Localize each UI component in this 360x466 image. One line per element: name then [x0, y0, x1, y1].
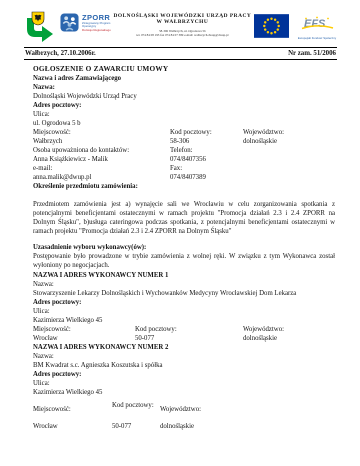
zporr-emblem-icon	[60, 13, 79, 32]
contractor2-province-label: Województwo:	[160, 405, 201, 414]
contractor1-zip-value: 50-077	[135, 334, 243, 343]
buyer-province-label: Województwo:	[243, 128, 284, 137]
contractor1-province-label: Województwo:	[243, 325, 284, 334]
contractor2-city-value: Wrocław	[33, 422, 112, 431]
contractor1-city-labels-row: Miejscowość: Kod pocztowy: Województwo:	[33, 325, 334, 334]
contractor1-zip-label: Kod pocztowy:	[135, 325, 243, 334]
buyer-street-value: ul. Ogrodowa 5 b	[33, 119, 334, 128]
dolny-slask-logo	[24, 11, 54, 43]
document-title: OGŁOSZENIE O ZAWARCIU UMOWY	[33, 64, 334, 73]
contractor1-city-values-row: Wrocław 50-077 dolnośląskie	[33, 334, 334, 343]
buyer-name-value: Dolnośląski Wojewódzki Urząd Pracy	[33, 92, 334, 101]
contractor2-city-label: Miejscowość:	[33, 405, 112, 414]
buyer-name-label: Nazwa:	[33, 83, 334, 92]
order-number: Nr zam. 51/2006	[288, 50, 336, 57]
contractor2-zip-value: 50-077	[112, 422, 160, 431]
buyer-zip-label: Kod pocztowy:	[170, 128, 243, 137]
contractor1-city-label: Miejscowość:	[33, 325, 135, 334]
contractor1-city-value: Wrocław	[33, 334, 135, 343]
svg-text:EFS: EFS	[304, 18, 326, 30]
buyer-city-labels-row: Miejscowość: Kod pocztowy: Województwo:	[33, 128, 334, 137]
contractor1-street-value: Kazimierza Wielkiego 45	[33, 316, 334, 325]
buyer-email-values-row: anna.malik@dwup.pl 074/8407389	[33, 173, 334, 182]
org-address-line2: tel. 074 84 08 193 fax 074 84 07 389 e-m…	[111, 33, 254, 37]
contractor1-name-value: Stowarzyszenie Lekarzy Dolnośląskich i W…	[33, 289, 334, 298]
contractor2-city-labels-row: Miejscowość: Kod pocztowy: Województwo:	[33, 403, 334, 412]
buyer-email-value: anna.malik@dwup.pl	[33, 173, 170, 182]
eu-flag-icon	[254, 14, 289, 38]
buyer-email-labels-row: e-mail: Fax:	[33, 164, 334, 173]
contractor2-street-label: Ulica:	[33, 379, 334, 388]
buyer-fax-value: 074/8407389	[170, 173, 206, 182]
contractor1-province-value: dolnośląskie	[243, 334, 277, 343]
contractor1-street-label: Ulica:	[33, 307, 334, 316]
buyer-section-heading: Nazwa i adres Zamawiającego	[33, 74, 334, 83]
buyer-city-label: Miejscowość:	[33, 128, 170, 137]
contractor2-postal-heading: Adres pocztowy:	[33, 370, 334, 379]
contractor2-city-values-row: Wrocław 50-077 dolnośląskie	[33, 422, 334, 431]
contractor2-name-label: Nazwa:	[33, 352, 334, 361]
buyer-contact-labels-row: Osoba upoważniona do kontaktów: Telefon:	[33, 146, 334, 155]
document-body: OGŁOSZENIE O ZAWARCIU UMOWY Nazwa i adre…	[0, 60, 360, 431]
buyer-contact-value: Anna Książkiewicz - Malik	[33, 155, 170, 164]
justification-text: Postępowanie było prowadzone w trybie za…	[33, 252, 335, 270]
buyer-email-label: e-mail:	[33, 164, 170, 173]
buyer-city-values-row: Wałbrzych 58-306 dolnośląskie	[33, 137, 334, 146]
letterhead-org-block: DOLNOŚLĄSKI WOJEWÓDZKI URZĄD PRACY W WAŁ…	[111, 11, 254, 37]
letterhead: ZPORR Zintegrowany Program Operacyjny Ro…	[0, 0, 360, 46]
buyer-city-value: Wałbrzych	[33, 137, 170, 146]
contractor2-province-value: dolnośląskie	[160, 422, 194, 431]
org-address: 58-306 Wałbrzych, ul. Ogrodowa 5b tel. 0…	[111, 29, 254, 37]
contractor2-zip-label: Kod pocztowy:	[112, 401, 160, 410]
buyer-contact-values-row: Anna Książkiewicz - Malik 074/8407356	[33, 155, 334, 164]
buyer-street-label: Ulica:	[33, 110, 334, 119]
contractor2-heading: NAZWA I ADRES WYKONAWCY NUMER 2	[33, 343, 334, 352]
buyer-contact-label: Osoba upoważniona do kontaktów:	[33, 146, 170, 155]
zporr-subtitle-line3: Rozwoju Regionalnego	[82, 29, 111, 32]
efs-wordmark-icon: EFS	[297, 16, 337, 30]
contractor2-name-value: BM Kwadrat s.c. Agnieszka Koszutska i sp…	[33, 361, 334, 370]
buyer-postal-heading: Adres pocztowy:	[33, 101, 334, 110]
dateline-bar: Wałbrzych, 27.10.2006r. Nr zam. 51/2006	[24, 47, 337, 60]
org-name-line2: W WAŁBRZYCHU	[111, 19, 254, 25]
buyer-phone-label: Telefon:	[170, 146, 193, 155]
place-and-date: Wałbrzych, 27.10.2006r.	[25, 50, 96, 57]
contractor1-heading: NAZWA I ADRES WYKONAWCY NUMER 1	[33, 271, 334, 280]
zporr-logo: ZPORR Zintegrowany Program Operacyjny Ro…	[60, 11, 111, 32]
buyer-fax-label: Fax:	[170, 164, 182, 173]
buyer-phone-value: 074/8407356	[170, 155, 206, 164]
buyer-zip-value: 58-306	[170, 137, 243, 146]
subject-text: Przedmiotem zamówienia jest a) wynajęcie…	[33, 200, 335, 236]
document-page: ZPORR Zintegrowany Program Operacyjny Ro…	[0, 0, 360, 466]
contractor1-postal-heading: Adres pocztowy:	[33, 298, 334, 307]
buyer-province-value: dolnośląskie	[243, 137, 277, 146]
contractor2-street-value: Kazimierza Wielkiego 45	[33, 388, 334, 397]
efs-logo: EFS Europejski Fundusz Społeczny	[296, 16, 338, 40]
justification-heading: Uzasadnienie wyboru wykonawcy(ów):	[33, 243, 334, 252]
zporr-text: ZPORR Zintegrowany Program Operacyjny Ro…	[82, 13, 111, 32]
efs-subtitle: Europejski Fundusz Społeczny	[296, 36, 338, 40]
subject-heading: Określenie przedmiotu zamówienia:	[33, 182, 334, 191]
contractor1-name-label: Nazwa:	[33, 280, 334, 289]
